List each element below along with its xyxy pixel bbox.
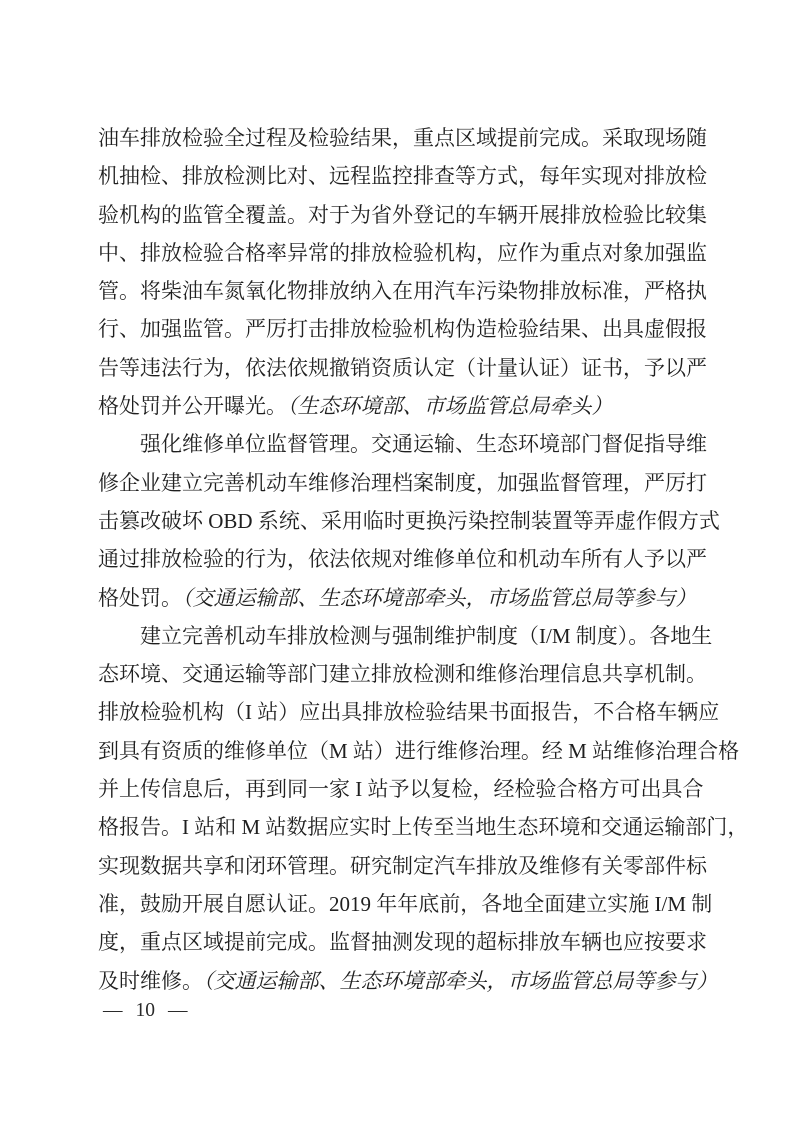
document-page: 油车排放检验全过程及检验结果，重点区域提前完成。采取现场随机抽检、排放检测比对、… bbox=[0, 0, 793, 1122]
body-text: 击篡改破坏 OBD 系统、采用临时更换污染控制装置等弄虚作假方式 bbox=[98, 509, 720, 533]
body-text: 验机构的监管全覆盖。对于为省外登记的车辆开展排放检验比较集 bbox=[98, 203, 707, 227]
text-line: 及时维修。（交通运输部、生态环境部牵头，市场监管总局等参与） bbox=[98, 962, 714, 1000]
body-text: 格处罚。 bbox=[98, 586, 182, 610]
body-text: 并上传信息后，再到同一家 I 站予以复检，经检验合格方可出具合 bbox=[98, 777, 704, 801]
body-text: 修企业建立完善机动车维修治理档案制度，加强监督管理，严厉打 bbox=[98, 471, 707, 495]
text-line: 验机构的监管全覆盖。对于为省外登记的车辆开展排放检验比较集 bbox=[98, 196, 714, 234]
page-footer: —10— bbox=[103, 1000, 188, 1022]
text-line: 行、加强监管。严厉打击排放检验机构伪造检验结果、出具虚假报 bbox=[98, 310, 714, 348]
text-line: 强化维修单位监督管理。交通运输、生态环境部门督促指导维 bbox=[98, 425, 714, 463]
text-line: 告等违法行为，依法依规撤销资质认定（计量认证）证书，予以严 bbox=[98, 349, 714, 387]
text-line: 到具有资质的维修单位（M 站）进行维修治理。经 M 站维修治理合格 bbox=[98, 732, 714, 770]
text-line: 管。将柴油车氮氧化物排放纳入在用汽车污染物排放标准，严格执 bbox=[98, 272, 714, 310]
text-line: 度，重点区域提前完成。监督抽测发现的超标排放车辆也应按要求 bbox=[98, 923, 714, 961]
footer-right-dash: — bbox=[168, 1000, 188, 1021]
body-text: 告等违法行为，依法依规撤销资质认定（计量认证）证书，予以严 bbox=[98, 356, 707, 380]
body-text: 到具有资质的维修单位（M 站）进行维修治理。经 M 站维修治理合格 bbox=[98, 739, 739, 763]
body-text: 排放检验机构（I 站）应出具排放检验结果书面报告，不合格车辆应 bbox=[98, 700, 719, 724]
attribution-text: （交通运输部、生态环境部牵头，市场监管总局等参与） bbox=[203, 969, 718, 993]
text-line: 机抽检、排放检测比对、远程监控排查等方式，每年实现对排放检 bbox=[98, 157, 714, 195]
body-text: 通过排放检验的行为，依法依规对维修单位和机动车所有人予以严 bbox=[98, 547, 707, 571]
body-text: 及时维修。 bbox=[98, 969, 203, 993]
attribution-text: （交通运输部、生态环境部牵头，市场监管总局等参与） bbox=[182, 586, 697, 610]
body-text: 管。将柴油车氮氧化物排放纳入在用汽车污染物排放标准，严格执 bbox=[98, 279, 707, 303]
text-line: 并上传信息后，再到同一家 I 站予以复检，经检验合格方可出具合 bbox=[98, 770, 714, 808]
text-line: 格报告。I 站和 M 站数据应实时上传至当地生态环境和交通运输部门， bbox=[98, 808, 714, 846]
body-text: 机抽检、排放检测比对、远程监控排查等方式，每年实现对排放检 bbox=[98, 164, 707, 188]
body-text: 态环境、交通运输等部门建立排放检测和维修治理信息共享机制。 bbox=[98, 662, 707, 686]
text-line: 准，鼓励开展自愿认证。2019 年年底前，各地全面建立实施 I/M 制 bbox=[98, 885, 714, 923]
text-line: 态环境、交通运输等部门建立排放检测和维修治理信息共享机制。 bbox=[98, 655, 714, 693]
text-line: 排放检验机构（I 站）应出具排放检验结果书面报告，不合格车辆应 bbox=[98, 693, 714, 731]
text-line: 油车排放检验全过程及检验结果，重点区域提前完成。采取现场随 bbox=[98, 119, 714, 157]
text-line: 实现数据共享和闭环管理。研究制定汽车排放及维修有关零部件标 bbox=[98, 847, 714, 885]
body-text: 准，鼓励开展自愿认证。2019 年年底前，各地全面建立实施 I/M 制 bbox=[98, 892, 712, 916]
text-block: 油车排放检验全过程及检验结果，重点区域提前完成。采取现场随机抽检、排放检测比对、… bbox=[98, 119, 714, 1000]
body-text: 实现数据共享和闭环管理。研究制定汽车排放及维修有关零部件标 bbox=[98, 854, 707, 878]
body-text: 建立完善机动车排放检测与强制维护制度（I/M 制度）。各地生 bbox=[140, 624, 712, 648]
body-text: 中、排放检验合格率异常的排放检验机构，应作为重点对象加强监 bbox=[98, 241, 707, 265]
text-line: 格处罚并公开曝光。（生态环境部、市场监管总局牵头） bbox=[98, 387, 714, 425]
body-text: 行、加强监管。严厉打击排放检验机构伪造检验结果、出具虚假报 bbox=[98, 317, 707, 341]
text-line: 击篡改破坏 OBD 系统、采用临时更换污染控制装置等弄虚作假方式 bbox=[98, 502, 714, 540]
body-text: 油车排放检验全过程及检验结果，重点区域提前完成。采取现场随 bbox=[98, 126, 707, 150]
footer-left-dash: — bbox=[103, 1000, 123, 1021]
text-line: 格处罚。（交通运输部、生态环境部牵头，市场监管总局等参与） bbox=[98, 579, 714, 617]
body-text: 格报告。I 站和 M 站数据应实时上传至当地生态环境和交通运输部门， bbox=[98, 815, 748, 839]
text-line: 中、排放检验合格率异常的排放检验机构，应作为重点对象加强监 bbox=[98, 234, 714, 272]
attribution-text: （生态环境部、市场监管总局牵头） bbox=[287, 394, 613, 418]
page-number: 10 bbox=[136, 1000, 156, 1021]
text-line: 修企业建立完善机动车维修治理档案制度，加强监督管理，严厉打 bbox=[98, 464, 714, 502]
body-text: 强化维修单位监督管理。交通运输、生态环境部门督促指导维 bbox=[140, 432, 707, 456]
text-line: 通过排放检验的行为，依法依规对维修单位和机动车所有人予以严 bbox=[98, 540, 714, 578]
body-text: 格处罚并公开曝光。 bbox=[98, 394, 287, 418]
text-line: 建立完善机动车排放检测与强制维护制度（I/M 制度）。各地生 bbox=[98, 617, 714, 655]
body-text: 度，重点区域提前完成。监督抽测发现的超标排放车辆也应按要求 bbox=[98, 930, 707, 954]
